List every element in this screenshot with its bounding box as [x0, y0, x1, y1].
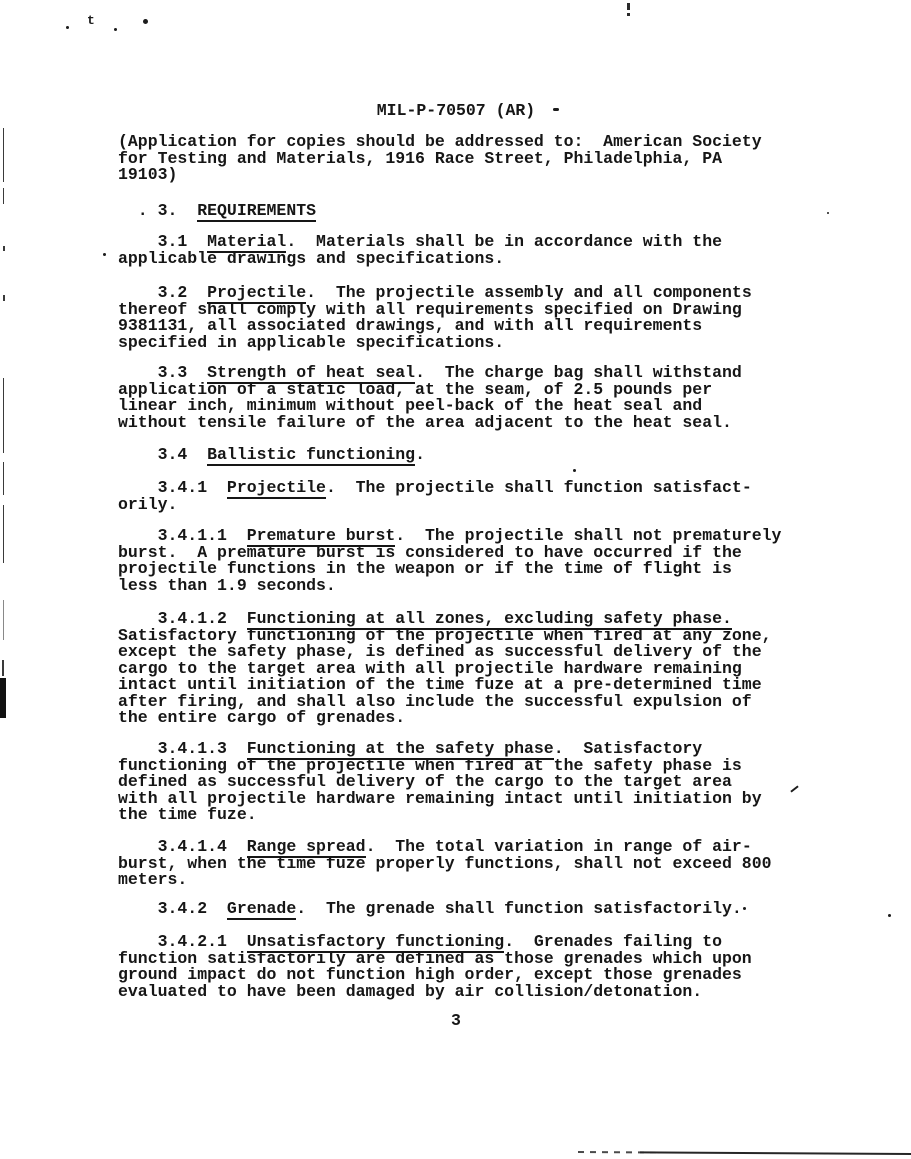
scan-speck: [103, 253, 106, 256]
text-line: without tensile failure of the area adja…: [118, 415, 742, 432]
page-number: 3: [118, 1013, 794, 1030]
scan-speck: [143, 19, 148, 24]
text-line: . 3. REQUIREMENTS: [118, 203, 316, 220]
scan-speck: [888, 914, 891, 917]
scan-mark-t-glyph: t: [87, 14, 95, 27]
text-line: evaluated to have been damaged by air co…: [118, 984, 752, 1001]
document-header-spec-id: MIL-P-70507 (AR): [118, 103, 794, 120]
para-3-4-1-4-range-spread: 3.4.1.4 Range spread. The total variatio…: [118, 839, 772, 889]
scan-mark-exclamation: [627, 3, 630, 10]
text-line: for Testing and Materials, 1916 Race Str…: [118, 151, 762, 168]
scan-mark-exclamation-dot: [627, 13, 630, 16]
para-3-4-2-1-unsatisfactory-functioning: 3.4.2.1 Unsatisfactory functioning. Gren…: [118, 934, 752, 1000]
scan-edge-line: [3, 378, 4, 453]
document-page: MIL-P-70507 (AR) (Application for copies…: [0, 0, 911, 1159]
scan-bottom-line-solid: [640, 1151, 911, 1155]
underlined-heading-text: Projectile: [227, 478, 326, 499]
scan-edge-blot: [0, 678, 6, 718]
para-3-4-1-1-premature-burst: 3.4.1.1 Premature burst. The projectile …: [118, 528, 781, 594]
text-line: 3.4.2 Grenade. The grenade shall functio…: [118, 901, 742, 918]
text-line: burst, when the time fuze properly funct…: [118, 856, 772, 873]
underlined-heading-text: REQUIREMENTS: [197, 201, 316, 222]
intro-paragraph: (Application for copies should be addres…: [118, 134, 762, 184]
scan-edge-line: [3, 246, 5, 251]
underlined-heading-text: Ballistic functioning: [207, 445, 415, 466]
scan-edge-line: [3, 600, 4, 640]
text-line: the time fuze.: [118, 807, 762, 824]
text-line: applicable drawings and specifications.: [118, 251, 722, 268]
scan-speck: [573, 469, 576, 472]
scan-edge-line: [2, 660, 4, 676]
para-3-4-ballistic-functioning: 3.4 Ballistic functioning.: [118, 447, 425, 464]
para-3-4-1-3-functioning-safety-phase: 3.4.1.3 Functioning at the safety phase.…: [118, 741, 762, 824]
text-line: meters.: [118, 872, 772, 889]
text-line: orily.: [118, 497, 752, 514]
para-3-4-1-2-functioning-all-zones: 3.4.1.2 Functioning at all zones, exclud…: [118, 611, 772, 727]
scan-mark-tick: [790, 785, 798, 792]
para-3-1-material: 3.1 Material. Materials shall be in acco…: [118, 234, 722, 267]
scan-edge-line: [3, 188, 4, 204]
underlined-heading-text: Grenade: [227, 899, 296, 920]
scan-speck: [743, 907, 746, 910]
text-line: less than 1.9 seconds.: [118, 578, 781, 595]
scan-edge-line: [3, 505, 4, 563]
scan-edge-line: [3, 462, 4, 495]
scan-bottom-line: [578, 1150, 911, 1158]
section-3-heading: . 3. REQUIREMENTS: [118, 203, 316, 220]
scan-speck: [66, 26, 69, 29]
text-line: specified in applicable specifications.: [118, 335, 752, 352]
para-3-4-2-grenade: 3.4.2 Grenade. The grenade shall functio…: [118, 901, 742, 918]
scan-edge-line: [3, 295, 5, 301]
text-line: 3.4.1 Projectile. The projectile shall f…: [118, 480, 752, 497]
para-3-2-projectile: 3.2 Projectile. The projectile assembly …: [118, 285, 752, 351]
para-3-4-1-projectile: 3.4.1 Projectile. The projectile shall f…: [118, 480, 752, 513]
text-line: 19103): [118, 167, 762, 184]
scan-speck: [553, 108, 559, 111]
scan-edge-line: [3, 128, 4, 182]
scan-speck: [827, 212, 829, 214]
text-line: 3.4 Ballistic functioning.: [118, 447, 425, 464]
para-3-3-strength-of-heat-seal: 3.3 Strength of heat seal. The charge ba…: [118, 365, 742, 431]
text-line: the entire cargo of grenades.: [118, 710, 772, 727]
scan-speck: [114, 28, 117, 31]
